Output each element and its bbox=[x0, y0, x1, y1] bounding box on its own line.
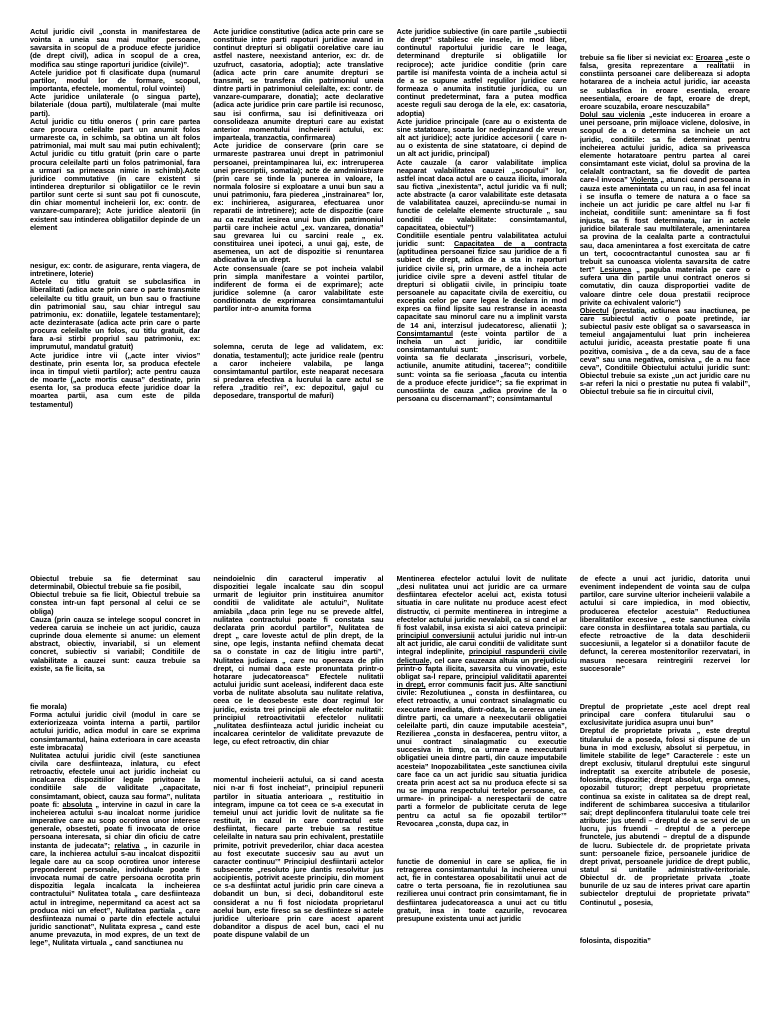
paragraph: vointa sa fie declarata „inscrisuri, vor… bbox=[397, 354, 567, 403]
paragraph: trebuie sa fie liber si neviciat ex: Ero… bbox=[580, 54, 750, 111]
paragraph: nesigur, ex: contr. de asigurare, renta … bbox=[30, 262, 200, 278]
column-4-top-cell: trebuie sa fie liber si neviciat ex: Ero… bbox=[580, 28, 750, 575]
text-run: Actele juridice pot fi clasificate dupa … bbox=[30, 68, 200, 93]
text-run: neindoielnic din caracterul imperativ al… bbox=[213, 575, 383, 746]
paragraph: folosinta, dispozitia” bbox=[580, 937, 750, 945]
text-run: Acte juridice principale (care au o exis… bbox=[397, 117, 567, 159]
text-block: Obiectul trebuie sa fie determinat sau d… bbox=[30, 575, 200, 673]
text-run: Obiectul trebuie sa fie determinat sau d… bbox=[30, 575, 200, 591]
paragraph: functie de domeniul in care se aplica, f… bbox=[397, 858, 567, 923]
document-page: Actul juridic civil „consta in manifesta… bbox=[0, 0, 768, 1024]
text-block: solemna, ceruta de lege ad validatem, ex… bbox=[213, 343, 383, 400]
text-run: Actul juridic cu titlu oneros ( prin car… bbox=[30, 117, 200, 232]
text-block: neindoielnic din caracterul imperativ al… bbox=[213, 575, 383, 746]
column-2-bottom-cell: neindoielnic din caracterul imperativ al… bbox=[213, 575, 383, 1024]
text-run: solemna, ceruta de lege ad validatem, ex… bbox=[213, 342, 383, 400]
text-columns: Actul juridic civil „consta in manifesta… bbox=[30, 28, 750, 1024]
paragraph: Obiectul trebuie sa fie determinat sau d… bbox=[30, 575, 200, 591]
text-run: „ in cazurile in care, la inchierea actu… bbox=[30, 841, 200, 948]
text-run: Obiectul trebuie sa fie licit, Obiectul … bbox=[30, 590, 200, 615]
text-run: Forma actului juridic civil (modul in ca… bbox=[30, 710, 200, 752]
text-run: error communis facit jus. Alte sanctiuni… bbox=[397, 680, 567, 828]
text-block: Acte juridice subiective (in care partil… bbox=[397, 28, 567, 403]
column-3-bottom-cell: Mentinerea efectelor actului lovit de nu… bbox=[397, 575, 567, 1024]
text-run: Acte consensuale (care se pot incheia va… bbox=[213, 264, 383, 314]
paragraph: Actele cu titlu gratuit se subclasifica … bbox=[30, 278, 200, 351]
text-run: Acte juridice de conservare (prin care s… bbox=[213, 141, 383, 264]
text-run: „ atunci cand persoana in cauza este ame… bbox=[580, 175, 750, 274]
text-run: (prestatia, actiunea sau inactiunea, pe … bbox=[580, 306, 750, 397]
paragraph: Dreptul de proprietate privata „ este dr… bbox=[580, 727, 750, 906]
text-run: Dreptul de proprietate privata „ este dr… bbox=[580, 726, 750, 906]
column-4-bottom-cell: de efecte a unui act juridic, datorita u… bbox=[580, 575, 750, 1024]
paragraph: Dolul sau viclenia „este inducerea in er… bbox=[580, 111, 750, 307]
paragraph: Mentinerea efectelor actului lovit de nu… bbox=[397, 575, 567, 828]
column-1: Actul juridic civil „consta in manifesta… bbox=[30, 28, 200, 1024]
paragraph: Acte juridice de conservare (prin care s… bbox=[213, 142, 383, 264]
text-run: de efecte a unui act juridic, datorita u… bbox=[580, 575, 750, 673]
paragraph: Conditiile esentiale pentru valabilitate… bbox=[397, 232, 567, 354]
paragraph: Acte juridice principale (care au o exis… bbox=[397, 118, 567, 159]
text-block: Mentinerea efectelor actului lovit de nu… bbox=[397, 575, 567, 828]
column-2-top-cell: Acte juridice constitutive (adica acte p… bbox=[213, 28, 383, 575]
paragraph: neindoielnic din caracterul imperativ al… bbox=[213, 575, 383, 746]
text-run: Actele cu titlu gratuit se subclasifica … bbox=[30, 277, 200, 351]
paragraph: Acte juridice subiective (in care partil… bbox=[397, 28, 567, 118]
text-run: (aptitudinea persoanei fizice sau juridi… bbox=[397, 247, 567, 329]
paragraph: Actul juridic civil „consta in manifesta… bbox=[30, 28, 200, 69]
text-block: functie de domeniul in care se aplica, f… bbox=[397, 858, 567, 923]
text-run: „este o falsa, gresita reprezentare a re… bbox=[580, 53, 750, 111]
paragraph: momentul incheierii actului, ca si cand … bbox=[213, 776, 383, 939]
text-run: Dreptul de proprietate „este acel drept … bbox=[580, 702, 750, 727]
text-block: nesigur, ex: contr. de asigurare, renta … bbox=[30, 262, 200, 409]
paragraph: solemna, ceruta de lege ad validatem, ex… bbox=[213, 343, 383, 400]
text-block: de efecte a unui act juridic, datorita u… bbox=[580, 575, 750, 673]
paragraph: Actele juridice pot fi clasificate dupa … bbox=[30, 69, 200, 93]
text-run: Acte cauzale (a caror valabilitate impli… bbox=[397, 158, 567, 232]
column-2: Acte juridice constitutive (adica acte p… bbox=[213, 28, 383, 1024]
text-run: Actul juridic civil „consta in manifesta… bbox=[30, 28, 200, 69]
text-run: folosinta, dispozitia” bbox=[580, 936, 651, 945]
column-1-top-cell: Actul juridic civil „consta in manifesta… bbox=[30, 28, 200, 575]
paragraph: Forma actului juridic civil (modul in ca… bbox=[30, 711, 200, 752]
paragraph: Acte juridice intre vii („acte inter viv… bbox=[30, 352, 200, 409]
paragraph: Acte juridice unilaterale (o singua part… bbox=[30, 93, 200, 117]
paragraph: Obiectul (prestatia, actiunea sau inacti… bbox=[580, 307, 750, 397]
text-run: Cauza (prin cauza se intelege scopul con… bbox=[30, 615, 200, 673]
text-run: nesigur, ex: contr. de asigurare, renta … bbox=[30, 261, 200, 278]
text-block: Acte juridice constitutive (adica acte p… bbox=[213, 28, 383, 313]
text-block: momentul incheierii actului, ca si cand … bbox=[213, 776, 383, 939]
paragraph: Acte consensuale (care se pot incheia va… bbox=[213, 265, 383, 314]
paragraph: Acte juridice constitutive (adica acte p… bbox=[213, 28, 383, 142]
paragraph: Cauza (prin cauza se intelege scopul con… bbox=[30, 616, 200, 673]
text-block: fie morala)Forma actului juridic civil (… bbox=[30, 703, 200, 948]
text-run: Mentinerea efectelor actului lovit de nu… bbox=[397, 575, 567, 632]
paragraph: Actul juridic cu titlu oneros ( prin car… bbox=[30, 118, 200, 232]
paragraph: Nulitatea actului juridic civil (este sa… bbox=[30, 752, 200, 948]
paragraph: Obiectul trebuie sa fie licit, Obiectul … bbox=[30, 591, 200, 615]
text-block: Dreptul de proprietate „este acel drept … bbox=[580, 703, 750, 907]
column-3-top-cell: Acte juridice subiective (in care partil… bbox=[397, 28, 567, 575]
text-run: Acte juridice intre vii („acte inter viv… bbox=[30, 351, 200, 409]
paragraph: Dreptul de proprietate „este acel drept … bbox=[580, 703, 750, 727]
text-run: „este inducerea in eroare a unei persoan… bbox=[580, 110, 750, 184]
paragraph: Acte cauzale (a caror valabilitate impli… bbox=[397, 159, 567, 232]
text-block: folosinta, dispozitia” bbox=[580, 937, 750, 945]
text-block: Actul juridic civil „consta in manifesta… bbox=[30, 28, 200, 232]
text-block: trebuie sa fie liber si neviciat ex: Ero… bbox=[580, 54, 750, 397]
text-run: vointa sa fie declarata „inscrisuri, vor… bbox=[397, 353, 567, 403]
paragraph: de efecte a unui act juridic, datorita u… bbox=[580, 575, 750, 673]
text-run: Acte juridice unilaterale (o singua part… bbox=[30, 92, 200, 117]
column-1-bottom-cell: Obiectul trebuie sa fie determinat sau d… bbox=[30, 575, 200, 1024]
text-run: momentul incheierii actului, ca si cand … bbox=[213, 775, 383, 939]
column-4: trebuie sa fie liber si neviciat ex: Ero… bbox=[580, 28, 750, 1024]
text-run: Acte juridice subiective (in care partil… bbox=[397, 28, 567, 118]
column-3: Acte juridice subiective (in care partil… bbox=[397, 28, 567, 1024]
text-run: functie de domeniul in care se aplica, f… bbox=[397, 857, 567, 923]
text-run: Acte juridice constitutive (adica acte p… bbox=[213, 28, 383, 142]
